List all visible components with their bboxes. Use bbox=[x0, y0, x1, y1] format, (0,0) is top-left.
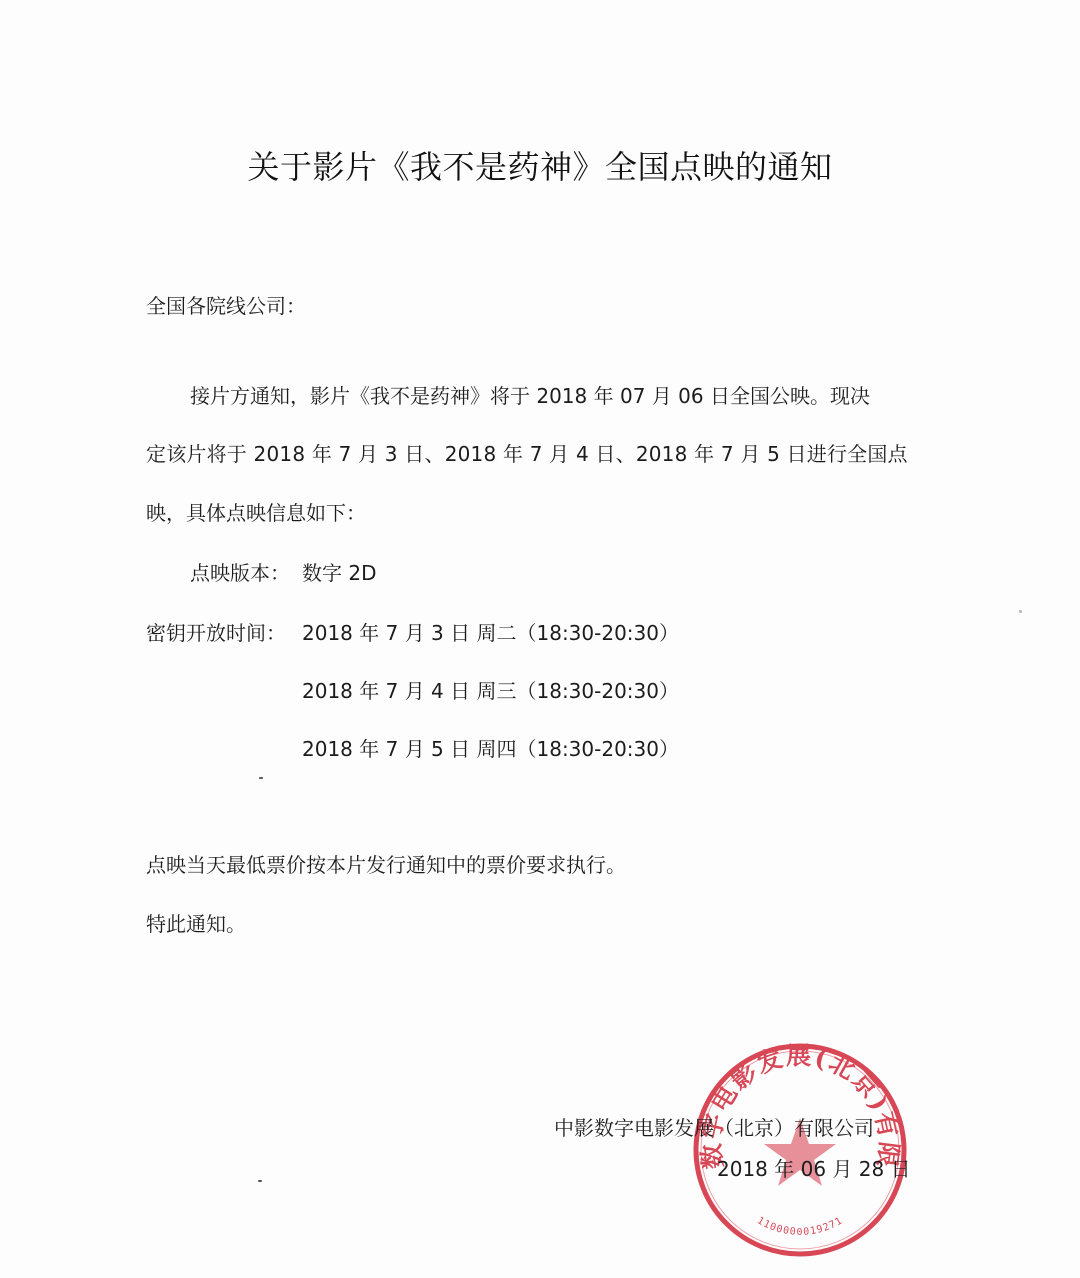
body-paragraph-line-1: 接片方通知，影片《我不是药神》将于 2018 年 07 月 06 日全国公映。现… bbox=[190, 380, 870, 409]
document-title: 关于影片《我不是药神》全国点映的通知 bbox=[0, 142, 1080, 188]
svg-text:中影数字电影发展(北京)有限公司: 中影数字电影发展(北京)有限公司 bbox=[690, 1040, 904, 1171]
signing-company: 中影数字电影发展（北京）有限公司 bbox=[554, 1112, 874, 1141]
key-open-time-row: 2018 年 7 月 3 日 周二（18:30-20:30） bbox=[302, 617, 679, 646]
key-open-time-label: 密钥开放时间： bbox=[146, 617, 286, 646]
svg-text:1100000019271: 1100000019271 bbox=[755, 1215, 845, 1238]
seal-arc-text: 中影数字电影发展(北京)有限公司 bbox=[690, 1040, 904, 1171]
document-page: 关于影片《我不是药神》全国点映的通知 全国各院线公司： 接片方通知，影片《我不是… bbox=[0, 0, 1080, 1278]
scan-speck bbox=[259, 777, 263, 779]
closing-remark: 特此通知。 bbox=[146, 908, 246, 937]
key-open-time-row: 2018 年 7 月 4 日 周三（18:30-20:30） bbox=[302, 675, 679, 704]
body-paragraph-line-3: 映，具体点映信息如下： bbox=[146, 497, 366, 526]
screening-version-value: 数字 2D bbox=[302, 557, 376, 586]
seal-serial-number: 1100000019271 bbox=[755, 1215, 845, 1238]
salutation: 全国各院线公司： bbox=[146, 290, 306, 319]
scan-speck bbox=[1019, 610, 1022, 613]
official-seal-stamp-icon: 中影数字电影发展(北京)有限公司 1100000019271 bbox=[690, 1040, 910, 1260]
price-note: 点映当天最低票价按本片发行通知中的票价要求执行。 bbox=[146, 849, 626, 878]
signing-date: 2018 年 06 月 28 日 bbox=[717, 1153, 911, 1182]
screening-version-label: 点映版本： bbox=[190, 557, 290, 586]
key-open-time-row: 2018 年 7 月 5 日 周四（18:30-20:30） bbox=[302, 733, 679, 762]
body-paragraph-line-2: 定该片将于 2018 年 7 月 3 日、2018 年 7 月 4 日、2018… bbox=[146, 438, 908, 467]
scan-speck bbox=[258, 1180, 262, 1182]
